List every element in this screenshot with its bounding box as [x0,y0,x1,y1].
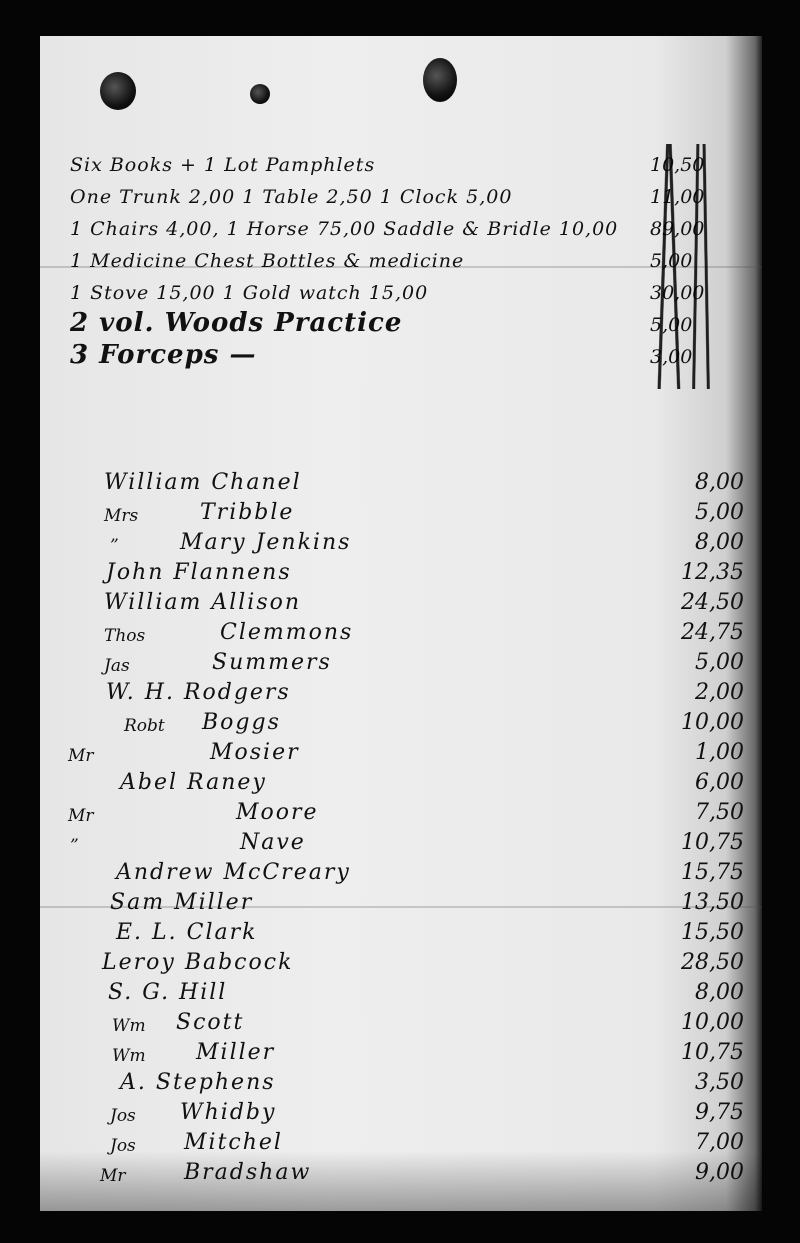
name-prefix: ” [110,536,119,556]
account-name: Miller [196,1040,275,1065]
account-name: Scott [176,1010,244,1035]
account-name: Leroy Babcock [102,950,293,975]
account-amount: 10,75 [681,1040,744,1065]
inventory-item: 1 Chairs 4,00, 1 Horse 75,00 Saddle & Br… [70,218,618,240]
wax-seal-right [423,58,457,102]
account-name: William Allison [104,590,301,615]
account-amount: 5,00 [695,500,744,525]
ledger-page: Six Books + 1 Lot Pamphlets One Trunk 2,… [40,36,762,1211]
account-name: Nave [240,830,306,855]
account-amount: 7,50 [695,800,744,825]
account-name: E. L. Clark [116,920,257,945]
name-prefix: Mr [68,746,94,766]
account-amount: 28,50 [681,950,744,975]
account-amount: 1,00 [695,740,744,765]
account-name: Moore [236,800,319,825]
account-amount: 10,00 [681,1010,744,1035]
account-amount: 8,00 [695,470,744,495]
name-prefix: Mrs [104,506,138,526]
account-amount: 24,75 [681,620,744,645]
strikethrough-marks [650,144,720,389]
account-name: W. H. Rodgers [106,680,291,705]
account-name: Summers [212,650,332,675]
account-amount: 15,75 [681,860,744,885]
inventory-item: 1 Medicine Chest Bottles & medicine [70,250,464,272]
account-amount: 9,75 [695,1100,744,1125]
account-name: Mary Jenkins [180,530,351,555]
account-amount: 10,00 [681,710,744,735]
account-amount: 7,00 [695,1130,744,1155]
name-prefix: Thos [104,626,145,646]
name-prefix: ” [70,836,79,856]
account-amount: 15,50 [681,920,744,945]
name-prefix: Mr [68,806,94,826]
inventory-item: 2 vol. Woods Practice [70,308,402,338]
wax-seal-center [250,84,270,104]
account-name: John Flannens [106,560,292,585]
name-prefix: Jos [110,1106,136,1126]
inventory-item: 1 Stove 15,00 1 Gold watch 15,00 [70,282,428,304]
account-name: Boggs [202,710,281,735]
account-amount: 9,00 [695,1160,744,1185]
account-name: Mitchel [184,1130,283,1155]
account-amount: 12,35 [681,560,744,585]
account-name: A. Stephens [120,1070,276,1095]
account-name: Abel Raney [120,770,267,795]
account-name: Sam Miller [110,890,253,915]
account-name: Andrew McCreary [116,860,351,885]
inventory-item: 3 Forceps — [70,340,256,370]
name-prefix: Jos [110,1136,136,1156]
inventory-item: One Trunk 2,00 1 Table 2,50 1 Clock 5,00 [70,186,512,208]
account-name: Whidby [180,1100,276,1125]
name-prefix: Robt [124,716,165,736]
account-name: Mosier [210,740,300,765]
account-amount: 5,00 [695,650,744,675]
account-name: S. G. Hill [108,980,227,1005]
account-name: Clemmons [220,620,353,645]
inventory-item: Six Books + 1 Lot Pamphlets [70,154,375,176]
account-amount: 13,50 [681,890,744,915]
account-name: William Chanel [104,470,302,495]
name-prefix: Mr [100,1166,126,1186]
account-name: Bradshaw [184,1160,311,1185]
account-name: Tribble [200,500,294,525]
account-amount: 8,00 [695,530,744,555]
account-amount: 6,00 [695,770,744,795]
name-prefix: Wm [112,1046,146,1066]
account-amount: 24,50 [681,590,744,615]
account-amount: 2,00 [695,680,744,705]
account-amount: 10,75 [681,830,744,855]
wax-seal-left [100,72,136,110]
name-prefix: Wm [112,1016,146,1036]
account-amount: 3,50 [695,1070,744,1095]
account-amount: 8,00 [695,980,744,1005]
name-prefix: Jas [104,656,130,676]
